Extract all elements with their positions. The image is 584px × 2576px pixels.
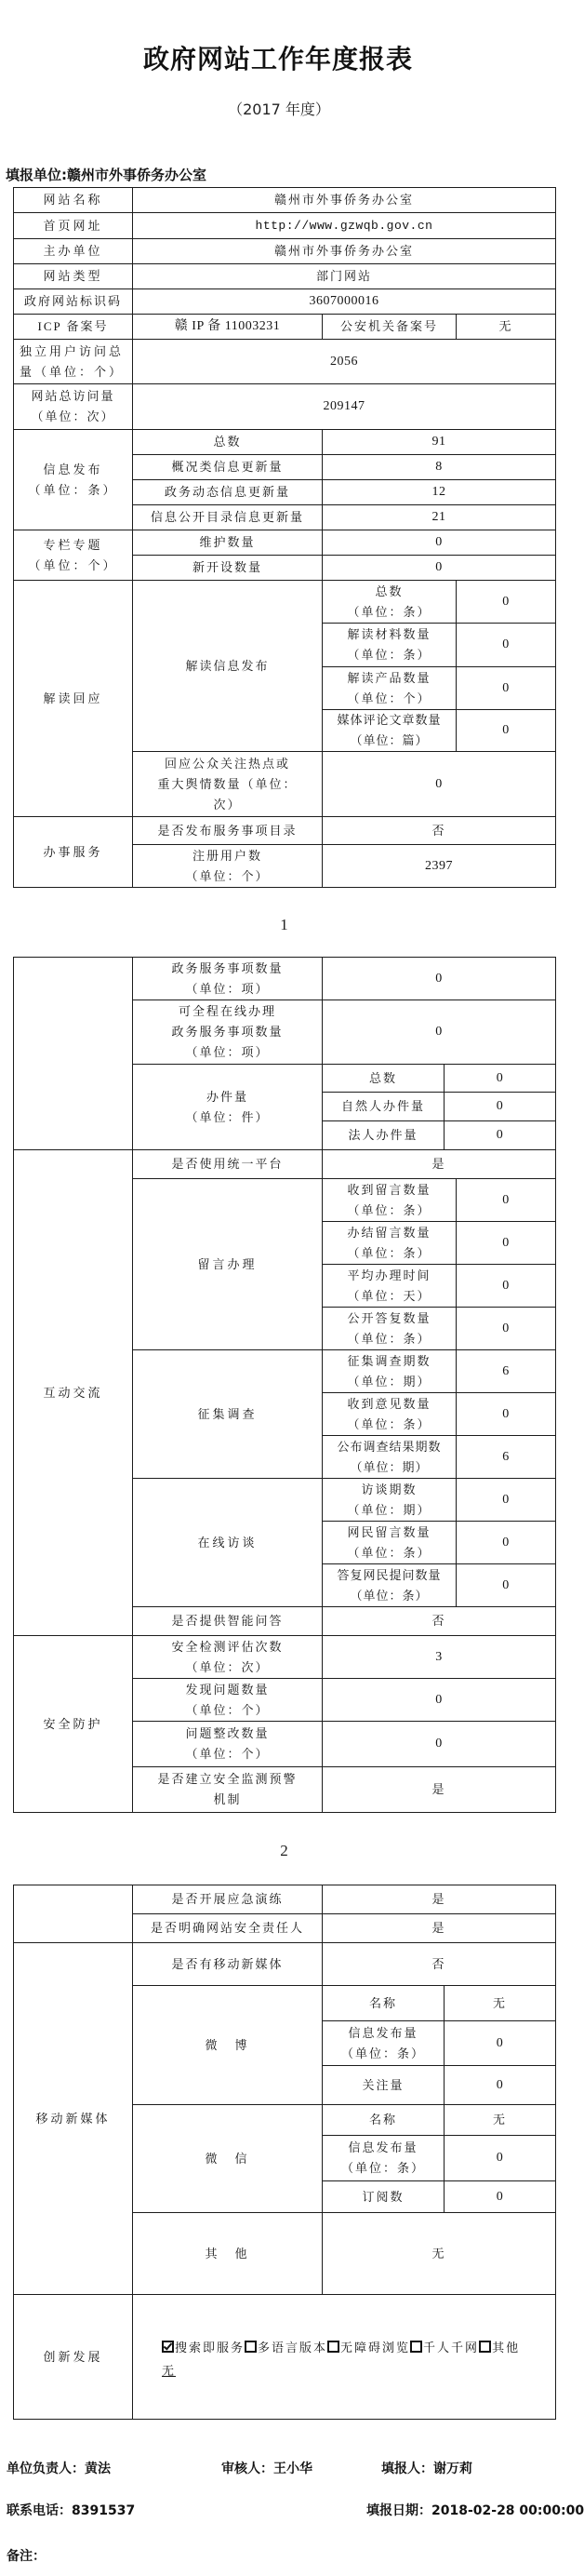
value-columns-maintained: 0 (322, 530, 556, 556)
label-survey-opinions: 收到意见数量 （单位：条） (322, 1392, 457, 1436)
section-special-columns: 专栏专题 （单位：个） (13, 530, 133, 581)
value-homepage: http://www.gzwqb.gov.cn (132, 212, 556, 239)
label-site-name: 网站名称 (13, 187, 133, 213)
remarks: 备注： (7, 2547, 46, 2566)
option-personalized[interactable]: 千人千网 (410, 2341, 479, 2355)
section-service-continued (13, 957, 133, 1150)
label-info-total: 总数 (132, 429, 323, 455)
value-cases-individual: 0 (444, 1092, 556, 1121)
value-issues-fixed: 0 (322, 1721, 556, 1767)
value-service-items: 0 (322, 957, 556, 1000)
value-public-response: 0 (322, 751, 556, 817)
option-search-service[interactable]: 搜索即服务 (162, 2341, 245, 2355)
label-wechat: 微 信 (132, 2104, 323, 2213)
value-interp-products: 0 (456, 666, 556, 710)
label-monitoring-mechanism: 是否建立安全监测预警 机制 (132, 1766, 323, 1813)
section-interaction: 互动交流 (13, 1149, 133, 1636)
label-surveys: 征集调查 (132, 1349, 323, 1479)
section-mobile-media: 移动新媒体 (13, 1942, 133, 2295)
value-icp: 赣 IP 备 11003231 (132, 314, 323, 340)
label-weibo-posts: 信息发布量 （单位：条） (322, 2020, 445, 2066)
value-msg-avg-time: 0 (456, 1264, 556, 1308)
value-site-code: 3607000016 (132, 288, 556, 315)
label-interview-answers: 答复网民提问数量 （单位：条） (322, 1563, 457, 1607)
label-columns-maintained: 维护数量 (132, 530, 323, 556)
reviewer: 审核人：王小华 (221, 2460, 312, 2478)
label-public-response: 回应公众关注热点或 重大舆情数量（单位： 次） (132, 751, 323, 817)
label-cases-total: 总数 (322, 1064, 445, 1093)
label-wechat-name: 名称 (322, 2104, 445, 2136)
label-weibo-name: 名称 (322, 1985, 445, 2021)
label-security-checks: 安全检测评估次数 （单位：次） (132, 1635, 323, 1679)
value-msg-received: 0 (456, 1178, 556, 1222)
value-other-media: 无 (322, 2212, 556, 2295)
section-interpretation: 解读回应 (13, 580, 133, 817)
value-security-officer: 是 (322, 1913, 556, 1943)
value-msg-closed: 0 (456, 1221, 556, 1265)
innovation-options: 搜索即服务多语言版本无障碍浏览千人千网其他 无 (132, 2294, 556, 2420)
label-online-items: 可全程在线办理 政务服务事项数量 （单位：项） (132, 1000, 323, 1065)
label-cases-individual: 自然人办件量 (322, 1092, 445, 1121)
label-smart-qa: 是否提供智能问答 (132, 1606, 323, 1636)
label-security-officer: 是否明确网站安全责任人 (132, 1913, 323, 1943)
label-interview-messages: 网民留言数量 （单位：条） (322, 1521, 457, 1564)
value-security-checks: 3 (322, 1635, 556, 1679)
value-columns-new: 0 (322, 555, 556, 581)
option-label: 多语言版本 (258, 2341, 327, 2355)
label-interpretation-publish: 解读信息发布 (132, 580, 323, 752)
other-value: 无 (162, 2359, 555, 2382)
checkbox-icon[interactable] (245, 2341, 257, 2353)
label-columns-new: 新开设数量 (132, 555, 323, 581)
label-other-media: 其 他 (132, 2212, 323, 2295)
label-police-record: 公安机关备案号 (322, 314, 457, 340)
label-info-affairs: 政务动态信息更新量 (132, 479, 323, 505)
option-multilingual[interactable]: 多语言版本 (245, 2341, 327, 2355)
label-unified-platform: 是否使用统一平台 (132, 1149, 323, 1179)
page-number-2: 2 (0, 1841, 568, 1861)
value-smart-qa: 否 (322, 1606, 556, 1636)
option-label: 无障碍浏览 (340, 2341, 410, 2355)
label-homepage: 首页网址 (13, 212, 133, 239)
value-site-name: 赣州市外事侨务办公室 (132, 187, 556, 213)
value-weibo-followers: 0 (444, 2065, 556, 2105)
value-weibo-posts: 0 (444, 2020, 556, 2066)
label-weibo: 微 博 (132, 1985, 323, 2105)
value-weibo-name: 无 (444, 1985, 556, 2021)
label-interp-total: 总数 （单位：条） (322, 580, 457, 624)
value-wechat-subscribers: 0 (444, 2180, 556, 2213)
label-cases: 办件量 （单位：件） (132, 1064, 323, 1150)
label-registered-users: 注册用户数 （单位：个） (132, 844, 323, 888)
label-msg-public-replies: 公开答复数量 （单位：条） (322, 1307, 457, 1350)
label-total-visits: 网站总访问量 （单位：次） (13, 383, 133, 430)
fill-date: 填报日期：2018-02-28 00:00:00 (366, 2502, 584, 2520)
value-survey-periods: 6 (456, 1349, 556, 1393)
option-label: 搜索即服务 (175, 2341, 245, 2355)
label-wechat-subscribers: 订阅数 (322, 2180, 445, 2213)
option-label: 千人千网 (423, 2341, 479, 2355)
label-msg-received: 收到留言数量 （单位：条） (322, 1178, 457, 1222)
label-messages: 留言办理 (132, 1178, 323, 1350)
value-wechat-posts: 0 (444, 2135, 556, 2181)
value-interp-materials: 0 (456, 623, 556, 667)
label-service-catalog: 是否发布服务事项目录 (132, 816, 323, 845)
value-issues-found: 0 (322, 1678, 556, 1722)
label-unique-visitors: 独立用户访问总 量（单位：个） (13, 339, 133, 384)
section-service: 办事服务 (13, 816, 133, 888)
label-service-items: 政务服务事项数量 （单位：项） (132, 957, 323, 1000)
checkbox-icon[interactable] (479, 2341, 491, 2353)
label-info-overview: 概况类信息更新量 (132, 454, 323, 480)
label-info-catalog: 信息公开目录信息更新量 (132, 504, 323, 530)
label-survey-periods: 征集调查期数 （单位：期） (322, 1349, 457, 1393)
option-accessibility[interactable]: 无障碍浏览 (327, 2341, 410, 2355)
label-interp-products: 解读产品数量 （单位：个） (322, 666, 457, 710)
value-unified-platform: 是 (322, 1149, 556, 1179)
label-issues-fixed: 问题整改数量 （单位：个） (132, 1721, 323, 1767)
label-wechat-posts: 信息发布量 （单位：条） (322, 2135, 445, 2181)
label-interview-periods: 访谈期数 （单位：期） (322, 1478, 457, 1522)
value-police-record: 无 (456, 314, 556, 340)
value-site-type: 部门网站 (132, 263, 556, 289)
value-has-mobile-media: 否 (322, 1942, 556, 1986)
value-interp-total: 0 (456, 580, 556, 624)
label-site-type: 网站类型 (13, 263, 133, 289)
value-interview-messages: 0 (456, 1521, 556, 1564)
label-weibo-followers: 关注量 (322, 2065, 445, 2105)
report-page: 政府网站工作年度报表 （2017 年度） 填报单位:赣州市外事侨务办公室 网站名… (0, 0, 584, 2576)
value-total-visits: 209147 (132, 383, 556, 430)
value-wechat-name: 无 (444, 2104, 556, 2136)
value-info-total: 91 (322, 429, 556, 455)
label-interviews: 在线访谈 (132, 1478, 323, 1607)
option-other[interactable]: 其他 (479, 2341, 520, 2355)
value-survey-opinions: 0 (456, 1392, 556, 1436)
label-site-code: 政府网站标识码 (13, 288, 133, 315)
page-number-1: 1 (0, 915, 568, 935)
label-sponsor: 主办单位 (13, 238, 133, 264)
label-interp-materials: 解读材料数量 （单位：条） (322, 623, 457, 667)
section-info-publish: 信息发布 （单位：条） (13, 429, 133, 530)
value-cases-total: 0 (444, 1064, 556, 1093)
unit-head: 单位负责人：黄法 (7, 2460, 111, 2478)
section-security-continued (13, 1885, 133, 1943)
value-sponsor: 赣州市外事侨务办公室 (132, 238, 556, 264)
page-title: 政府网站工作年度报表 (0, 43, 556, 76)
label-emergency-drill: 是否开展应急演练 (132, 1885, 323, 1914)
value-msg-public-replies: 0 (456, 1307, 556, 1350)
label-interp-media: 媒体评论文章数量 （单位：篇） (322, 709, 457, 752)
label-msg-closed: 办结留言数量 （单位：条） (322, 1221, 457, 1265)
value-service-catalog: 否 (322, 816, 556, 845)
label-survey-results: 公布调查结果期数 （单位：期） (322, 1435, 457, 1479)
value-cases-legal: 0 (444, 1120, 556, 1150)
report-year: （2017 年度） (0, 100, 558, 120)
value-emergency-drill: 是 (322, 1885, 556, 1914)
label-msg-avg-time: 平均办理时间 （单位：天） (322, 1264, 457, 1308)
value-interp-media: 0 (456, 709, 556, 752)
value-info-catalog: 21 (322, 504, 556, 530)
value-unique-visitors: 2056 (132, 339, 556, 384)
label-issues-found: 发现问题数量 （单位：个） (132, 1678, 323, 1722)
value-registered-users: 2397 (322, 844, 556, 888)
value-interview-answers: 0 (456, 1563, 556, 1607)
option-label: 其他 (492, 2341, 520, 2355)
value-online-items: 0 (322, 1000, 556, 1065)
checkbox-icon[interactable] (327, 2341, 339, 2353)
value-survey-results: 6 (456, 1435, 556, 1479)
value-monitoring-mechanism: 是 (322, 1766, 556, 1813)
value-info-overview: 8 (322, 454, 556, 480)
section-innovation: 创新发展 (13, 2294, 133, 2420)
label-cases-legal: 法人办件量 (322, 1120, 445, 1150)
section-security: 安全防护 (13, 1635, 133, 1813)
filler: 填报人：谢万莉 (381, 2460, 472, 2478)
checkbox-icon[interactable] (410, 2341, 422, 2353)
value-info-affairs: 12 (322, 479, 556, 505)
label-icp: ICP 备案号 (13, 314, 133, 340)
contact-phone: 联系电话：8391537 (7, 2502, 135, 2520)
checkbox-checked-icon[interactable] (162, 2341, 174, 2353)
value-interview-periods: 0 (456, 1478, 556, 1522)
reporting-unit: 填报单位:赣州市外事侨务办公室 (6, 166, 206, 184)
label-has-mobile-media: 是否有移动新媒体 (132, 1942, 323, 1986)
